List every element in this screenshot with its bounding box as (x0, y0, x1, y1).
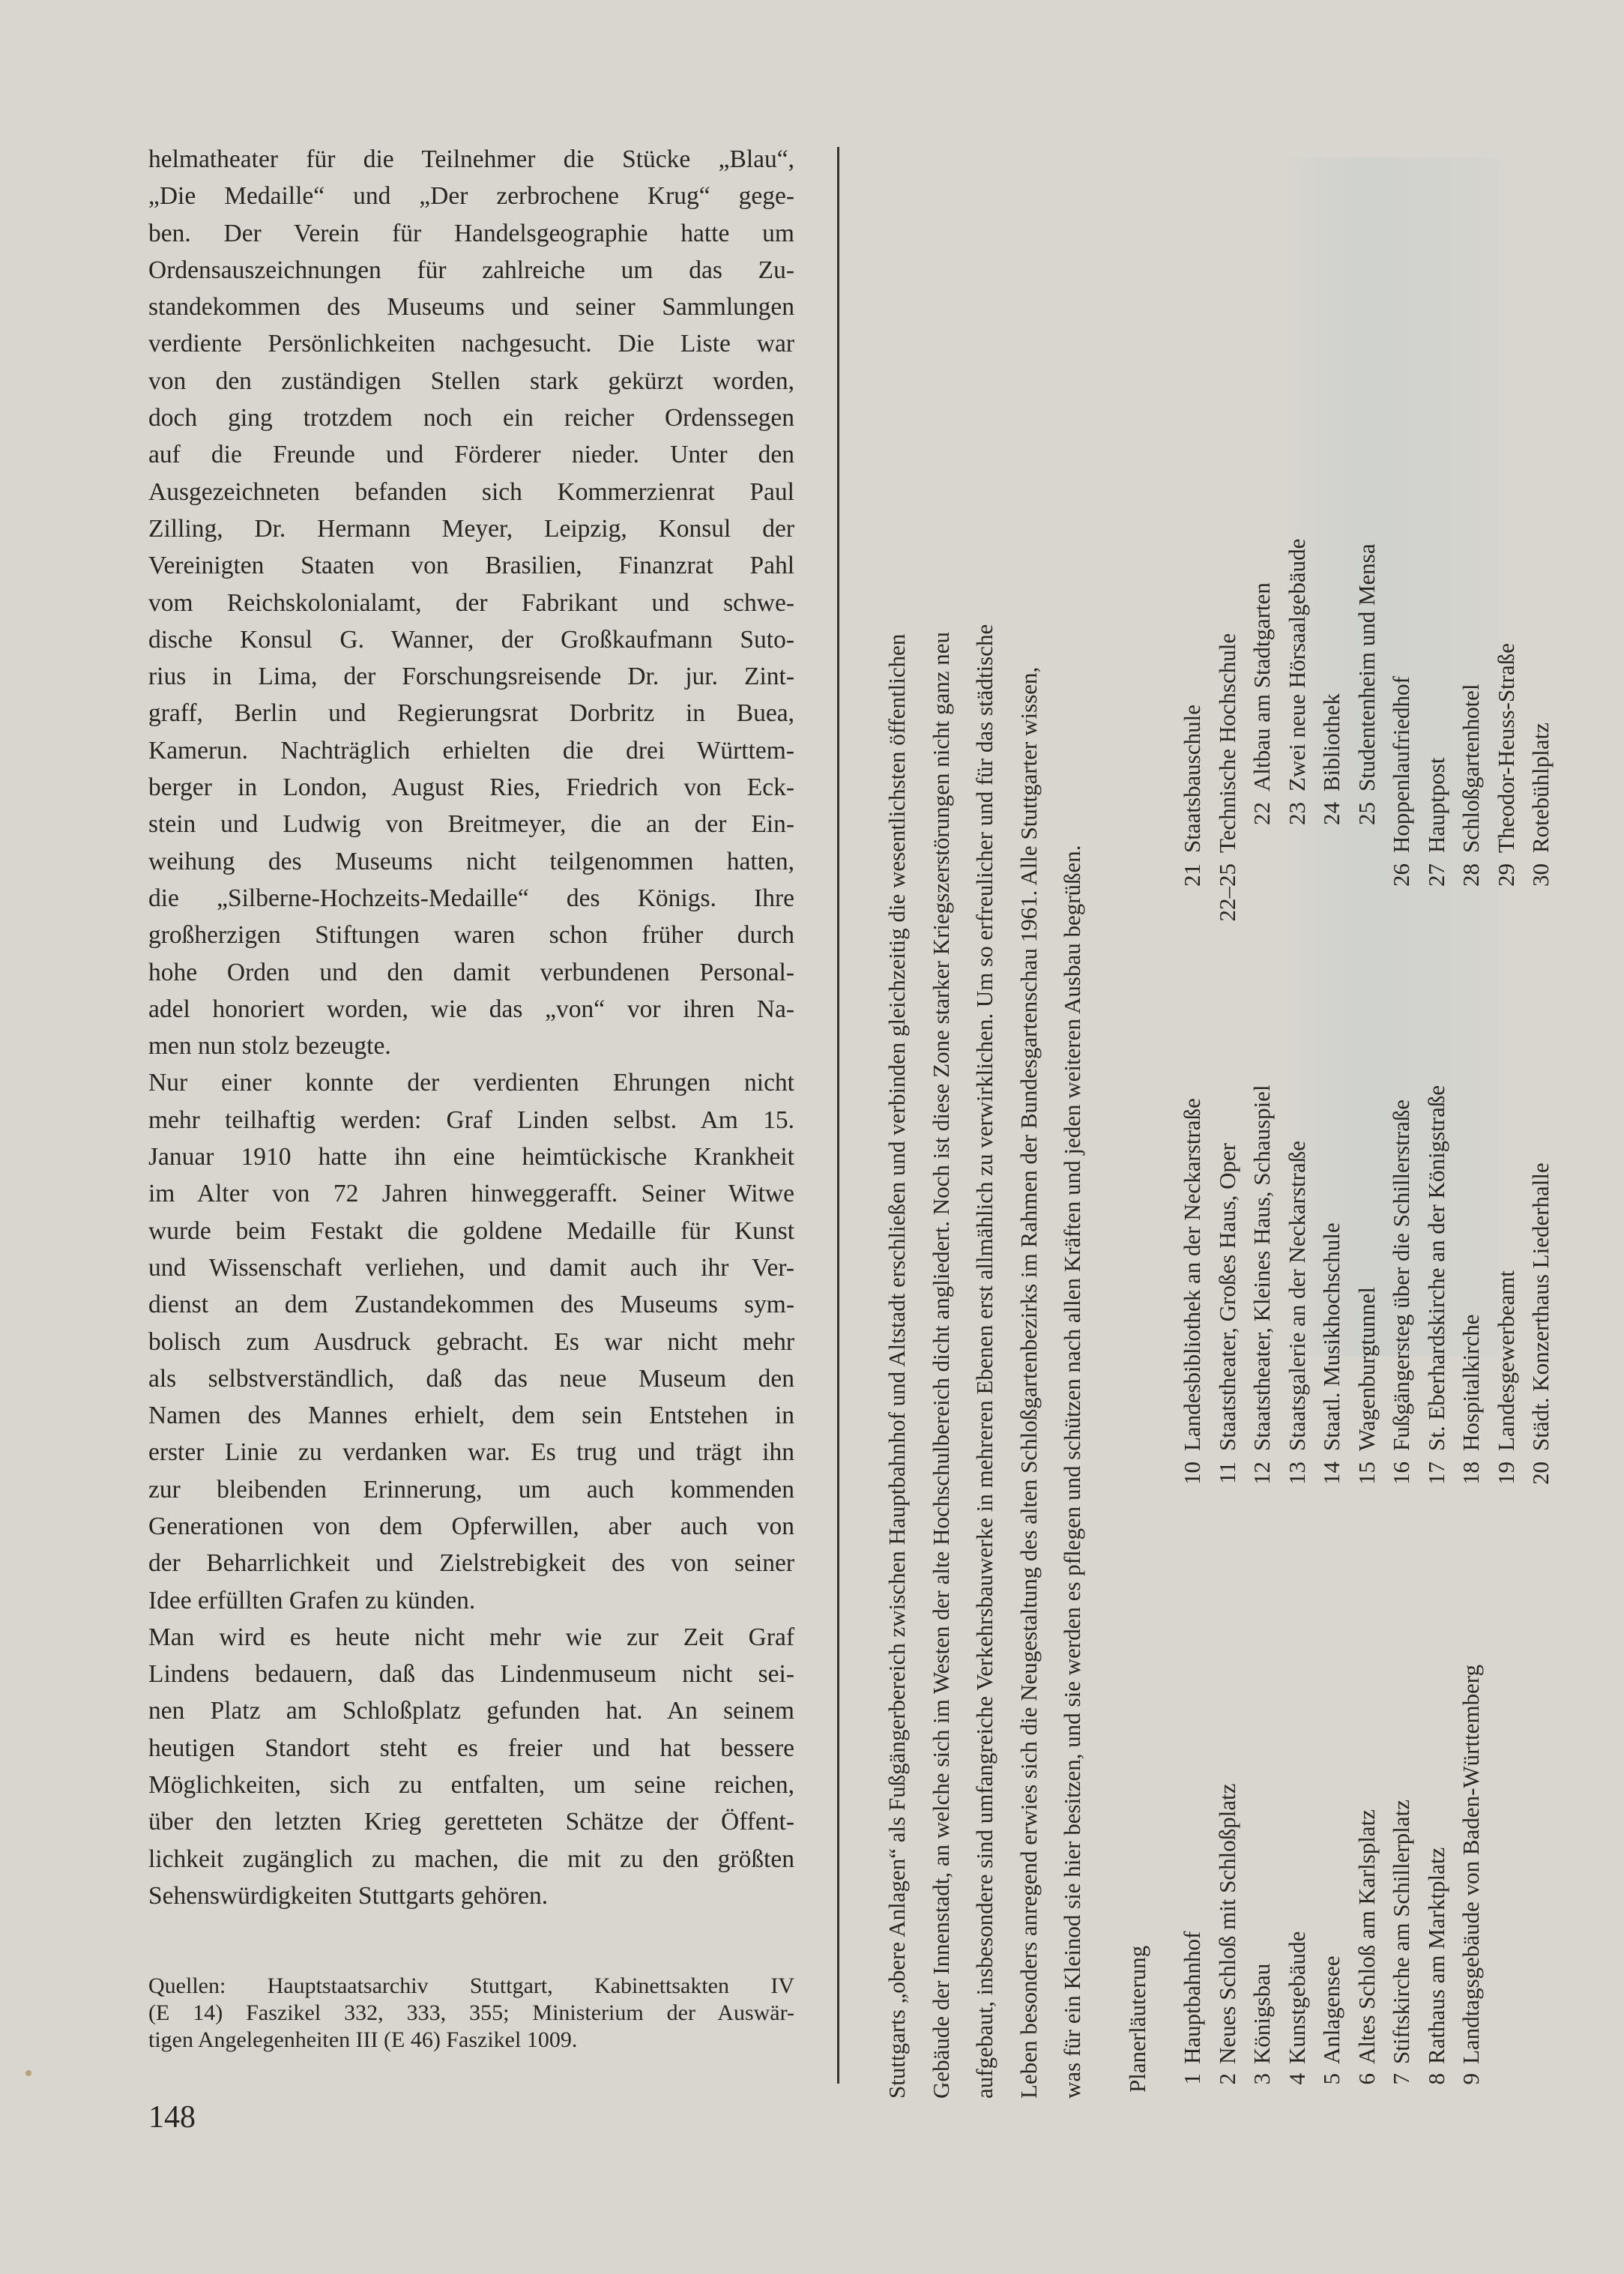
legend-number: 30 (1524, 863, 1559, 922)
text-line: berger in London, August Ries, Friedrich… (148, 769, 794, 806)
text-line: Namen des Mannes erhielt, dem sein Entst… (148, 1397, 794, 1434)
rotated-plan-caption: Stuttgarts „obere Anlagen“ als Fußgänger… (875, 150, 1505, 2099)
left-text-column: helmatheater für die Teilnehmer die Stüc… (148, 141, 794, 1914)
legend-number: 23 (1280, 802, 1315, 922)
legend-label: Bibliothek (1318, 693, 1344, 791)
legend-label: St. Eberhardskirche an der Königstraße (1423, 1085, 1449, 1451)
text-line: zur bleibenden Erinnerung, um auch komme… (148, 1471, 794, 1508)
legend-label: Staatsbauschule (1179, 705, 1205, 853)
text-line: doch ging trotzdem noch ein reicher Orde… (148, 399, 794, 436)
text-line: standekommen des Museums und seiner Samm… (148, 289, 794, 325)
legend-number: 1 (1175, 2073, 1210, 2093)
text-line: tigen Angelegenheiten III (E 46) Faszike… (148, 2027, 794, 2054)
legend-column-2: 10Landesbibliothek an der Neckarstraße11… (1175, 1085, 1559, 1492)
text-line: adel honoriert worden, wie das „von“ vor… (148, 991, 794, 1028)
text-line: vom Reichskolonialamt, der Fabrikant und… (148, 585, 794, 621)
legend-item: 23Zwei neue Hörsaalgebäude (1280, 539, 1315, 922)
legend-label: Studentenheim und Mensa (1353, 543, 1380, 791)
legend-label: Zwei neue Hörsaalgebäude (1284, 539, 1310, 791)
text-line: die „Silberne-Hochzeits-Medaille“ des Kö… (148, 880, 794, 917)
text-line: was für ein Kleinod sie hier besitzen, u… (1051, 1040, 1095, 2099)
legend-number: 22 (1245, 802, 1280, 922)
legend-item: 27Hauptpost (1419, 539, 1455, 922)
legend-number: 19 (1489, 1462, 1524, 1492)
legend-item: 1Hauptbahnhof (1175, 1665, 1210, 2093)
legend-item: 8Rathaus am Marktplatz (1419, 1665, 1455, 2093)
legend-number: 16 (1384, 1462, 1419, 1492)
legend-number: 9 (1454, 2073, 1489, 2093)
legend-item: 4Kunstgebäude (1280, 1665, 1315, 2093)
legend-column-3: 21Staatsbauschule22–25Technische Hochsch… (1175, 539, 1559, 922)
text-line: (E 14) Faszikel 332, 333, 355; Ministeri… (148, 2000, 794, 2027)
legend-item: 19Landesgewerbeamt (1489, 1085, 1524, 1492)
legend-item: 26Hoppenlaufriedhof (1384, 539, 1419, 922)
legend-number: 13 (1280, 1462, 1315, 1492)
legend-number: 3 (1245, 2073, 1280, 2093)
text-line: wurde beim Festakt die goldene Medaille … (148, 1213, 794, 1249)
legend-item: 14Staatl. Musikhochschule (1314, 1085, 1350, 1492)
legend-item: 25Studentenheim und Mensa (1350, 539, 1385, 922)
legend-label: Theodor-Heuss-Straße (1493, 643, 1519, 853)
legend-label: Hauptbahnhof (1179, 1931, 1205, 2064)
text-line: Gebäude der Innenstadt, an welche sich i… (920, 1040, 964, 2099)
legend-item: 22–25Technische Hochschule (1210, 539, 1246, 922)
text-line: hohe Orden und den damit verbundenen Per… (148, 954, 794, 991)
legend-item: 10Landesbibliothek an der Neckarstraße (1175, 1085, 1210, 1492)
text-line: auf die Freunde und Förderer nieder. Unt… (148, 436, 794, 473)
legend-item: 30Rotebühlplatz (1524, 539, 1559, 922)
text-line: graff, Berlin und Regierungsrat Dorbritz… (148, 695, 794, 732)
legend-item: 6Altes Schloß am Karlsplatz (1350, 1665, 1385, 2093)
legend-label: Neues Schloß mit Schloßplatz (1214, 1783, 1240, 2064)
legend-label: Königsbau (1249, 1964, 1275, 2064)
legend-label: Staatstheater, Großes Haus, Oper (1214, 1143, 1240, 1451)
text-line: und Wissenschaft verliehen, und damit au… (148, 1249, 794, 1286)
legend-label: Staatl. Musikhochschule (1318, 1222, 1344, 1451)
legend-number: 14 (1314, 1462, 1350, 1492)
legend-label: Rathaus am Marktplatz (1423, 1848, 1449, 2064)
legend-number: 20 (1524, 1462, 1559, 1492)
legend-item: 11Staatstheater, Großes Haus, Oper (1210, 1085, 1246, 1492)
legend-item: 24Bibliothek (1314, 539, 1350, 922)
text-line: lichkeit zugänglich zu machen, die mit z… (148, 1841, 794, 1878)
text-line: über den letzten Krieg geretteten Schätz… (148, 1803, 794, 1840)
text-line: „Die Medaille“ und „Der zerbrochene Krug… (148, 178, 794, 214)
text-line: nen Platz am Schloßplatz gefunden hat. A… (148, 1692, 794, 1729)
legend-number: 7 (1384, 2073, 1419, 2093)
text-line: aufgebaut, insbesondere sind umfangreich… (963, 1040, 1007, 2099)
legend-number: 22–25 (1210, 863, 1246, 922)
legend-label: Staatstheater, Kleines Haus, Schauspiel (1249, 1085, 1275, 1451)
text-line: Man wird es heute nicht mehr wie zur Zei… (148, 1619, 794, 1656)
legend-label: Hospitalkirche (1458, 1314, 1484, 1451)
text-line: dienst an dem Zustandekommen des Museums… (148, 1286, 794, 1323)
text-line: rius in Lima, der Forschungsreisende Dr.… (148, 658, 794, 695)
text-line: Möglichkeiten, sich zu entfalten, um sei… (148, 1767, 794, 1803)
legend-number: 15 (1350, 1462, 1385, 1492)
text-line: Leben besonders anregend erwies sich die… (1007, 1040, 1051, 2099)
legend-item: 3Königsbau (1245, 1665, 1280, 2093)
legend-item: 5Anlagensee (1314, 1665, 1350, 2093)
text-line: Quellen: Hauptstaatsarchiv Stuttgart, Ka… (148, 1973, 794, 2000)
text-line: Vereinigten Staaten von Brasilien, Finan… (148, 547, 794, 584)
text-line: Ordensauszeichnungen für zahlreiche um d… (148, 252, 794, 289)
text-line: stein und Ludwig von Breitmeyer, die an … (148, 806, 794, 842)
legend-column-1: 1Hauptbahnhof2Neues Schloß mit Schloßpla… (1175, 1665, 1489, 2093)
legend-number: 29 (1489, 863, 1524, 922)
legend-label: Technische Hochschule (1214, 633, 1240, 853)
text-line: Nur einer konnte der verdienten Ehrungen… (148, 1064, 794, 1101)
legend-item: 9Landtagsgebäude von Baden-Württemberg (1454, 1665, 1489, 2093)
legend-number: 24 (1314, 802, 1350, 922)
legend-number: 18 (1454, 1462, 1489, 1492)
text-line: dische Konsul G. Wanner, der Großkaufman… (148, 621, 794, 658)
legend-label: Kunstgebäude (1284, 1931, 1310, 2064)
legend-number: 28 (1454, 863, 1489, 922)
legend-item: 12Staatstheater, Kleines Haus, Schauspie… (1245, 1085, 1280, 1492)
legend-number: 2 (1210, 2073, 1246, 2093)
legend-item: 7Stiftskirche am Schillerplatz (1384, 1665, 1419, 2093)
text-line: ben. Der Verein für Handelsgeographie ha… (148, 215, 794, 252)
text-line: verdiente Persönlichkeiten nachgesucht. … (148, 325, 794, 362)
legend-label: Stiftskirche am Schillerplatz (1388, 1800, 1414, 2064)
text-line: der Beharrlichkeit und Zielstrebigkeit d… (148, 1545, 794, 1581)
legend-number: 27 (1419, 863, 1455, 922)
legend-label: Hoppenlaufriedhof (1388, 676, 1414, 853)
text-line: heutigen Standort steht es freier und ha… (148, 1730, 794, 1767)
legend-label: Schloßgartenhotel (1458, 684, 1484, 853)
legend-number: 21 (1175, 863, 1210, 922)
legend-item: 28Schloßgartenhotel (1454, 539, 1489, 922)
text-line: Stuttgarts „obere Anlagen“ als Fußgänger… (875, 1040, 920, 2099)
legend-label: Landesbibliothek an der Neckarstraße (1179, 1098, 1205, 1451)
legend-item: 22Altbau am Stadtgarten (1245, 539, 1280, 922)
legend-label: Altes Schloß am Karlsplatz (1353, 1809, 1380, 2064)
legend-label: Rotebühlplatz (1527, 723, 1554, 853)
legend-item: 18Hospitalkirche (1454, 1085, 1489, 1492)
legend-number: 17 (1419, 1462, 1455, 1492)
text-line: Idee erfüllten Grafen zu künden. (148, 1582, 794, 1619)
legend-number: 12 (1245, 1462, 1280, 1492)
text-line: helmatheater für die Teilnehmer die Stüc… (148, 141, 794, 178)
text-line: weihung des Museums nicht teilgenommen h… (148, 843, 794, 880)
legend-item: 2Neues Schloß mit Schloßplatz (1210, 1665, 1246, 2093)
legend-number: 4 (1280, 2073, 1315, 2093)
legend-item: 20Städt. Konzerthaus Liederhalle (1524, 1085, 1559, 1492)
legend-number: 5 (1314, 2073, 1350, 2093)
legend-label: Landesgewerbeamt (1493, 1270, 1519, 1451)
legend-label: Wagenburgtunnel (1353, 1287, 1380, 1451)
text-line: Ausgezeichneten befanden sich Kommerzien… (148, 474, 794, 510)
text-line: Zilling, Dr. Hermann Meyer, Leipzig, Kon… (148, 510, 794, 547)
sources-footnote: Quellen: Hauptstaatsarchiv Stuttgart, Ka… (148, 1973, 794, 2054)
column-divider (837, 147, 839, 2084)
text-line: Kamerun. Nachträglich erhielten die drei… (148, 732, 794, 769)
text-line: Januar 1910 hatte ihn eine heimtückische… (148, 1138, 794, 1175)
text-line: bolisch zum Ausdruck gebracht. Es war ni… (148, 1324, 794, 1360)
legend-item: 15Wagenburgtunnel (1350, 1085, 1385, 1492)
text-line: Sehenswürdigkeiten Stuttgarts gehören. (148, 1878, 794, 1914)
text-line: men nun stolz bezeugte. (148, 1028, 794, 1064)
legend-label: Anlagensee (1318, 1955, 1344, 2064)
legend-number: 26 (1384, 863, 1419, 922)
text-line: mehr teilhaftig werden: Graf Linden selb… (148, 1102, 794, 1138)
legend-item: 21Staatsbauschule (1175, 539, 1210, 922)
legend-label: Fußgängersteg über die Schillerstraße (1388, 1100, 1414, 1451)
plan-description: Stuttgarts „obere Anlagen“ als Fußgänger… (875, 1040, 1095, 2099)
text-line: erster Linie zu verdanken war. Es trug u… (148, 1434, 794, 1471)
legend-label: Landtagsgebäude von Baden-Württemberg (1458, 1665, 1484, 2064)
legend-number: 8 (1419, 2073, 1455, 2093)
text-line: großherzigen Stiftungen waren schon früh… (148, 917, 794, 953)
legend-label: Altbau am Stadtgarten (1249, 582, 1275, 791)
legend-number: 11 (1210, 1462, 1246, 1492)
text-line: Generationen von dem Opferwillen, aber a… (148, 1508, 794, 1545)
text-line: als selbstverständlich, daß das neue Mus… (148, 1360, 794, 1397)
legend-item: 17St. Eberhardskirche an der Königstraße (1419, 1085, 1455, 1492)
paper-speck (25, 2070, 31, 2076)
legend-item: 29Theodor-Heuss-Straße (1489, 539, 1524, 922)
legend-item: 13Staatsgalerie an der Neckarstraße (1280, 1085, 1315, 1492)
page-number: 148 (148, 2099, 196, 2136)
legend-number: 25 (1350, 802, 1385, 922)
legend-number: 6 (1350, 2073, 1385, 2093)
legend-number: 10 (1175, 1462, 1210, 1492)
text-line: im Alter von 72 Jahren hinweggerafft. Se… (148, 1175, 794, 1212)
legend-label: Städt. Konzerthaus Liederhalle (1527, 1162, 1554, 1451)
legend-label: Hauptpost (1423, 758, 1449, 853)
legend-title: Planerläuterung (1123, 1946, 1153, 2093)
legend-item: 16Fußgängersteg über die Schillerstraße (1384, 1085, 1419, 1492)
legend-label: Staatsgalerie an der Neckarstraße (1284, 1141, 1310, 1451)
text-line: von den zuständigen Stellen stark gekürz… (148, 363, 794, 399)
text-line: Lindens bedauern, daß das Lindenmuseum n… (148, 1656, 794, 1692)
